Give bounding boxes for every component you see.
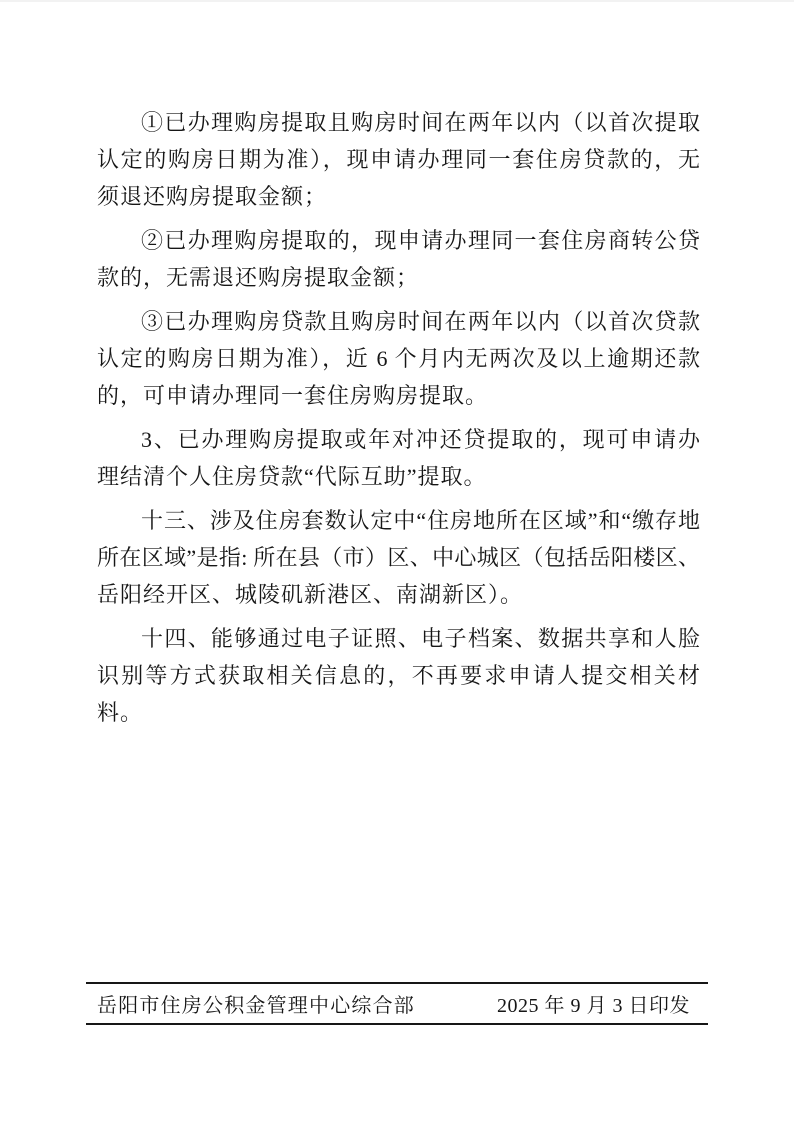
text-line: ③已办理购房贷款且购房时间在两年以内（以首次贷款 xyxy=(97,303,700,340)
paragraph: ①已办理购房提取且购房时间在两年以内（以首次提取认定的购房日期为准），现申请办理… xyxy=(97,104,700,215)
text-line: 认定的购房日期为准），现申请办理同一套住房贷款的，无 xyxy=(97,141,700,178)
paragraph: 3、已办理购房提取或年对冲还贷提取的，现可申请办理结清个人住房贷款“代际互助”提… xyxy=(97,421,700,495)
document-body: ①已办理购房提取且购房时间在两年以内（以首次提取认定的购房日期为准），现申请办理… xyxy=(97,104,700,738)
text-line: 须退还购房提取金额； xyxy=(97,178,700,215)
text-line: 认定的购房日期为准），近 6 个月内无两次及以上逾期还款 xyxy=(97,340,700,377)
text-line: ②已办理购房提取的，现申请办理同一套住房商转公贷 xyxy=(97,222,700,259)
issuing-department: 岳阳市住房公积金管理中心综合部 xyxy=(97,989,415,1018)
text-line: 十三、涉及住房套数认定中“住房地所在区域”和“缴存地 xyxy=(97,502,700,539)
text-line: 识别等方式获取相关信息的，不再要求申请人提交相关材 xyxy=(97,657,700,694)
text-line: 所在区域”是指: 所在县（市）区、中心城区（包括岳阳楼区、 xyxy=(97,539,700,576)
text-line: 岳阳经开区、城陵矶新港区、南湖新区）。 xyxy=(97,576,700,613)
paragraph: 十四、能够通过电子证照、电子档案、数据共享和人脸识别等方式获取相关信息的，不再要… xyxy=(97,620,700,731)
text-line: 3、已办理购房提取或年对冲还贷提取的，现可申请办 xyxy=(97,421,700,458)
colophon: 岳阳市住房公积金管理中心综合部 2025 年 9 月 3 日印发 xyxy=(86,982,708,1025)
text-line: ①已办理购房提取且购房时间在两年以内（以首次提取 xyxy=(97,104,700,141)
paragraph: 十三、涉及住房套数认定中“住房地所在区域”和“缴存地所在区域”是指: 所在县（市… xyxy=(97,502,700,613)
text-line: 理结清个人住房贷款“代际互助”提取。 xyxy=(97,458,700,495)
text-line: 的，可申请办理同一套住房购房提取。 xyxy=(97,377,700,414)
paragraph: ②已办理购房提取的，现申请办理同一套住房商转公贷款的，无需退还购房提取金额； xyxy=(97,222,700,296)
scan-edge-artifact xyxy=(0,0,794,2)
text-line: 料。 xyxy=(97,694,700,731)
print-date: 2025 年 9 月 3 日印发 xyxy=(497,989,690,1018)
document-page: ①已办理购房提取且购房时间在两年以内（以首次提取认定的购房日期为准），现申请办理… xyxy=(0,0,794,1122)
paragraph: ③已办理购房贷款且购房时间在两年以内（以首次贷款认定的购房日期为准），近 6 个… xyxy=(97,303,700,414)
text-line: 款的，无需退还购房提取金额； xyxy=(97,259,700,296)
text-line: 十四、能够通过电子证照、电子档案、数据共享和人脸 xyxy=(97,620,700,657)
